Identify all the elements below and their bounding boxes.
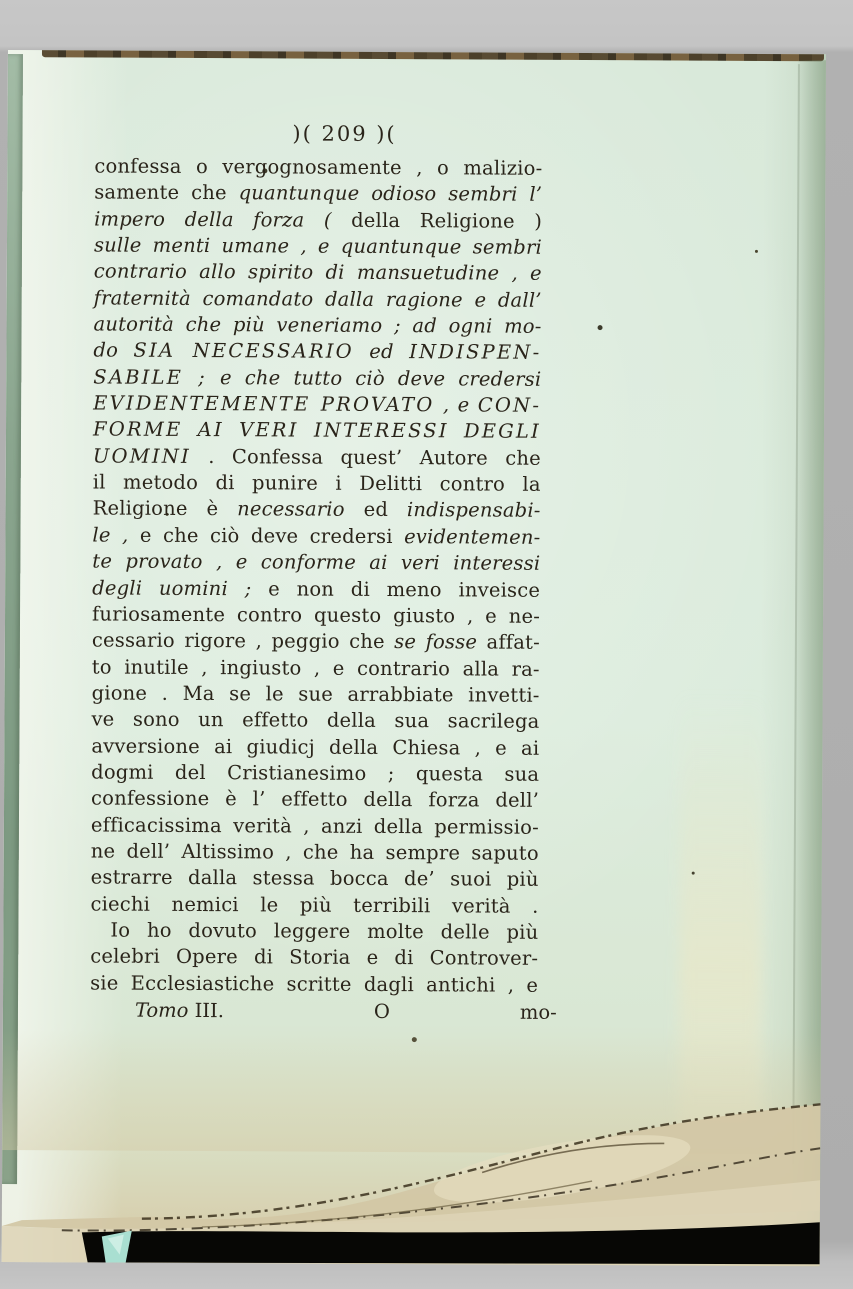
- page-footer: Tomo III. O mo-: [90, 998, 538, 1027]
- text-line: sie Ecclesiastiche scritte dagli antichi…: [90, 970, 538, 999]
- text-line: Religione è necessario ed indispensabi-: [93, 496, 541, 525]
- text-line: cessario rigore , peggio che se fosse af…: [92, 628, 540, 657]
- text-line: UOMINI . Confessa quest’ Autore che: [93, 443, 541, 472]
- text-line: sulle menti umane , e quantunque sembri: [94, 232, 542, 261]
- text-line: confessa o vergognosamente , o malizio-: [94, 153, 542, 182]
- text-line: fraternità comandato dalla ragione e dal…: [94, 285, 542, 314]
- text-line: avversione ai giudicj della Chiesa , e a…: [91, 733, 539, 762]
- volume-numeral: III.: [188, 999, 224, 1022]
- page-number-ornament: )( 209 )(: [121, 121, 569, 147]
- text-line: do SIA NECESSARIO ed INDISPEN-: [93, 338, 541, 367]
- scanned-book-photo: )( 209 )( confessa o vergognosamente , o…: [0, 0, 853, 1289]
- book-spine-edge: [2, 54, 23, 1184]
- text-line: gione . Ma se le sue arrabbiate invetti-: [92, 680, 540, 709]
- text-line: to inutile , ingiusto , e contrario alla…: [92, 654, 540, 683]
- text-line: FORME AI VERI INTERESSI DEGLI: [93, 417, 541, 446]
- text-line: ve sono un effetto della sua sacrilega: [91, 707, 539, 736]
- catchword: mo-: [520, 1001, 557, 1024]
- text-line: celebri Opere di Storia e di Controver-: [90, 944, 538, 973]
- book-page: )( 209 )( confessa o vergognosamente , o…: [2, 50, 826, 1266]
- text-line: te provato , e conforme ai veri interess…: [92, 549, 540, 578]
- text-line: impero della forza ( della Religione ): [94, 206, 542, 235]
- text-line: EVIDENTEMENTE PROVATO , e CON-: [93, 391, 541, 420]
- crumpled-paper-region: [2, 1048, 821, 1266]
- text-line: ne dell’ Altissimo , che ha sempre saput…: [91, 838, 539, 867]
- text-line: efficacissima verità , anzi della permis…: [91, 812, 539, 841]
- gathering-signature: O: [374, 1000, 390, 1023]
- text-line: ciechi nemici le più terribili verità .: [90, 891, 538, 920]
- text-line: confessione è l’ effetto della forza del…: [91, 786, 539, 815]
- text-line: Io ho dovuto leggere molte delle più: [90, 917, 538, 946]
- text-line: degli uomini ; e non di meno inveisce: [92, 575, 540, 604]
- text-line: furiosamente contro questo giusto , e ne…: [92, 601, 540, 630]
- volume-word: Tomo: [135, 999, 189, 1022]
- text-line: estrarre dalla stessa bocca de’ suoi più: [91, 865, 539, 894]
- text-line: contrario allo spirito di mansuetudine ,…: [94, 259, 542, 288]
- page-top-worn-edge: [42, 50, 824, 61]
- paper-specks: [8, 50, 11, 53]
- text-line: il metodo di punire i Delitti contro la: [93, 470, 541, 499]
- text-block: confessa o vergognosamente , o malizio-s…: [90, 153, 542, 998]
- text-line: dogmi del Cristianesimo ; questa sua: [91, 759, 539, 788]
- text-line: SABILE ; e che tutto ciò deve credersi: [93, 364, 541, 393]
- volume-signature: Tomo III.: [135, 999, 224, 1022]
- text-line: le , e che ciò deve credersi evidentemen…: [92, 522, 540, 551]
- text-line: autorità che più veneriamo ; ad ogni mo-: [93, 312, 541, 341]
- text-block-column: )( 209 )( confessa o vergognosamente , o…: [90, 120, 543, 1027]
- text-line: samente che quantunque odioso sembri l’: [94, 180, 542, 209]
